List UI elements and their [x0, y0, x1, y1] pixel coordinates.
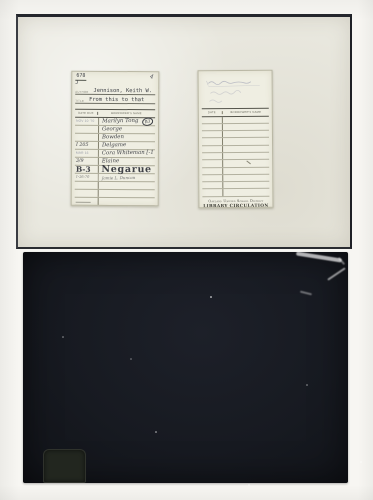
right-card-rows	[202, 116, 270, 197]
card-row	[202, 189, 269, 197]
name-cell	[223, 175, 269, 182]
title-label: TITLE	[75, 98, 84, 103]
right-borrower-header: BORROWER'S NAME	[223, 111, 269, 114]
date-cell	[202, 117, 223, 123]
scuff-mark	[296, 251, 342, 262]
borrower-name: Negarue	[98, 166, 154, 173]
due-date: I 205	[75, 142, 99, 149]
borrower-header: BORROWER'S NAME	[98, 112, 155, 115]
fine-print-line	[76, 202, 91, 203]
date-cell	[202, 138, 223, 144]
date-due-header: DATE DUE	[75, 112, 98, 115]
scuff-mark	[300, 291, 312, 295]
date-cell	[202, 153, 223, 159]
name-cell	[223, 167, 269, 174]
scuff-mark	[327, 267, 346, 281]
borrower-name: Cora Whiteman [-1	[98, 150, 155, 158]
call-number-block: 678 J	[75, 74, 86, 86]
card-top-row: 678 J 4	[75, 74, 155, 86]
date-cell	[202, 190, 223, 196]
borrower-table: DATE DUE BORROWER'S NAME NOV 10 '70Maril…	[75, 109, 156, 206]
date-cell	[202, 168, 223, 174]
date-cell	[202, 182, 223, 188]
name-cell	[223, 116, 269, 123]
name-cell	[223, 124, 269, 131]
due-date	[75, 190, 99, 197]
circled-mark: B3	[141, 116, 153, 125]
label-sticker	[43, 449, 86, 483]
library-card-right: DATE BORROWER'S NAME Oakland Unified Sch…	[198, 70, 274, 209]
date-cell	[202, 124, 223, 130]
name-cell	[223, 145, 269, 152]
pencil-inscription	[202, 73, 269, 108]
name-cell	[223, 153, 269, 160]
card-title: LIBRARY CIRCULATION CARD	[202, 204, 269, 209]
name-cell	[223, 160, 269, 167]
book-cover	[23, 252, 348, 483]
author-label: AUTHOR	[75, 89, 88, 94]
borrower-name: Bowden	[99, 134, 156, 142]
photo-of-open-library-book: 678 J 4 AUTHOR Jennison, Keith W. TITLE …	[0, 0, 373, 500]
name-cell	[223, 182, 269, 189]
borrower-name: Delgame	[99, 142, 156, 150]
due-date: NOV 10 '70	[75, 118, 99, 125]
card-footer: Oakland Unified School District LIBRARY …	[202, 199, 269, 208]
right-date-header: DATE	[202, 111, 223, 114]
due-date: 1-26-70	[75, 174, 99, 181]
pencil-handwriting-strokes	[202, 73, 271, 108]
left-card-rows: NOV 10 '70Marilyn TongB3GeorgeBowdenI 20…	[75, 118, 156, 206]
library-card-left: 678 J 4 AUTHOR Jennison, Keith W. TITLE …	[71, 71, 160, 206]
author-value: Jennison, Keith W.	[91, 88, 152, 94]
borrower-name: George	[99, 126, 156, 134]
dust-specks	[210, 296, 212, 298]
name-cell	[223, 138, 269, 145]
row-tick	[246, 161, 251, 165]
due-date: B-3	[75, 166, 99, 173]
date-cell	[202, 175, 223, 181]
due-date	[75, 126, 99, 133]
title-value: From this to that	[86, 97, 144, 103]
corner-mark: 4	[148, 74, 154, 86]
date-cell	[202, 131, 223, 137]
card-row: B-3Negarue	[75, 166, 155, 174]
name-cell	[223, 131, 269, 138]
due-date: MAR 16	[75, 150, 99, 157]
due-date	[75, 134, 99, 141]
borrower-name: Marilyn TongB3	[99, 118, 156, 126]
date-cell	[202, 146, 223, 152]
call-letter: J	[75, 80, 86, 86]
due-date	[75, 182, 99, 189]
author-line: AUTHOR Jennison, Keith W.	[75, 87, 155, 95]
inside-cover-page: 678 J 4 AUTHOR Jennison, Keith W. TITLE …	[16, 14, 352, 249]
name-cell	[223, 189, 269, 196]
title-line: TITLE From this to that	[75, 96, 155, 104]
date-cell	[202, 160, 223, 166]
